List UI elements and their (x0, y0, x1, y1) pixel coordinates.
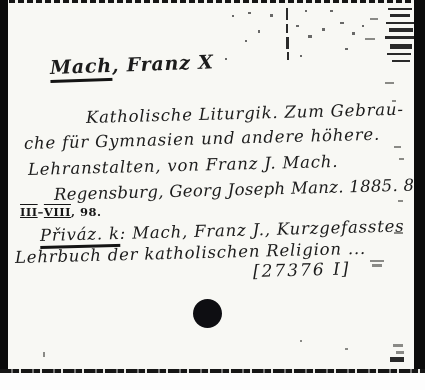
scan-noise-streak (386, 22, 414, 24)
scan-noise-dot (225, 58, 227, 60)
scan-noise-dot (352, 32, 355, 35)
scan-noise-streak (390, 44, 412, 49)
scan-noise-dot (248, 12, 251, 14)
scan-noise-dot (308, 35, 312, 38)
scan-noise-streak (394, 232, 403, 234)
scan-noise-dot (245, 40, 247, 42)
scan-frame-top (0, 0, 425, 3)
scan-noise-dot (232, 15, 234, 17)
scan-frame-left (0, 0, 8, 373)
scan-noise-streak (394, 146, 401, 148)
scan-noise-dot (305, 10, 307, 12)
scan-noise-streak (389, 28, 413, 32)
scanned-catalog-card: Mach, Franz X Katholische Liturgik. Zum … (0, 0, 425, 390)
scan-noise-dash (286, 24, 288, 33)
scan-noise-streak (390, 14, 410, 17)
collation-pages: , 98. (71, 205, 102, 219)
scan-noise-dot (258, 30, 260, 33)
scan-noise-dot (340, 22, 344, 24)
scan-noise-dot (322, 28, 325, 31)
scan-noise-streak (385, 82, 394, 84)
shelfmark: [27376 I] (253, 259, 351, 282)
scan-noise-streak (372, 264, 382, 267)
scan-noise-dot (345, 48, 348, 50)
scan-noise-dot (345, 348, 348, 350)
scan-noise-streak (387, 53, 411, 55)
collation-roman-to: VIII (44, 205, 71, 219)
scan-noise-dash (286, 37, 289, 49)
scan-noise-streak (370, 18, 378, 20)
scan-noise-dot (300, 340, 302, 342)
scan-noise-streak (388, 8, 412, 10)
scan-noise-streak (392, 60, 410, 62)
scan-noise-dot (270, 14, 273, 17)
collation-line: III–VIII, 98. (20, 205, 101, 219)
scan-noise-dash (287, 52, 289, 60)
scan-noise-streak (393, 344, 403, 347)
scan-noise-dot (43, 352, 45, 357)
scan-noise-streak (365, 38, 375, 40)
scan-noise-streak (390, 357, 404, 362)
scan-noise-dash (286, 8, 288, 20)
collation-roman-from: III (20, 205, 38, 219)
scan-frame-right (414, 0, 425, 371)
scan-noise-dot (300, 55, 302, 57)
scan-noise-dot (399, 158, 404, 160)
scan-background-below-card (0, 373, 425, 390)
scan-noise-streak (370, 260, 384, 262)
scan-noise-dot (296, 25, 299, 27)
scan-noise-streak (385, 36, 414, 39)
scan-noise-dot (392, 100, 396, 102)
author-forename: , Franz X (112, 51, 215, 77)
scan-noise-streak (396, 351, 404, 354)
scan-noise-dot (330, 10, 333, 12)
scan-noise-dot (398, 200, 403, 202)
scan-noise-dot (362, 25, 364, 27)
author-surname: Mach (50, 55, 113, 83)
punch-hole (193, 299, 222, 328)
